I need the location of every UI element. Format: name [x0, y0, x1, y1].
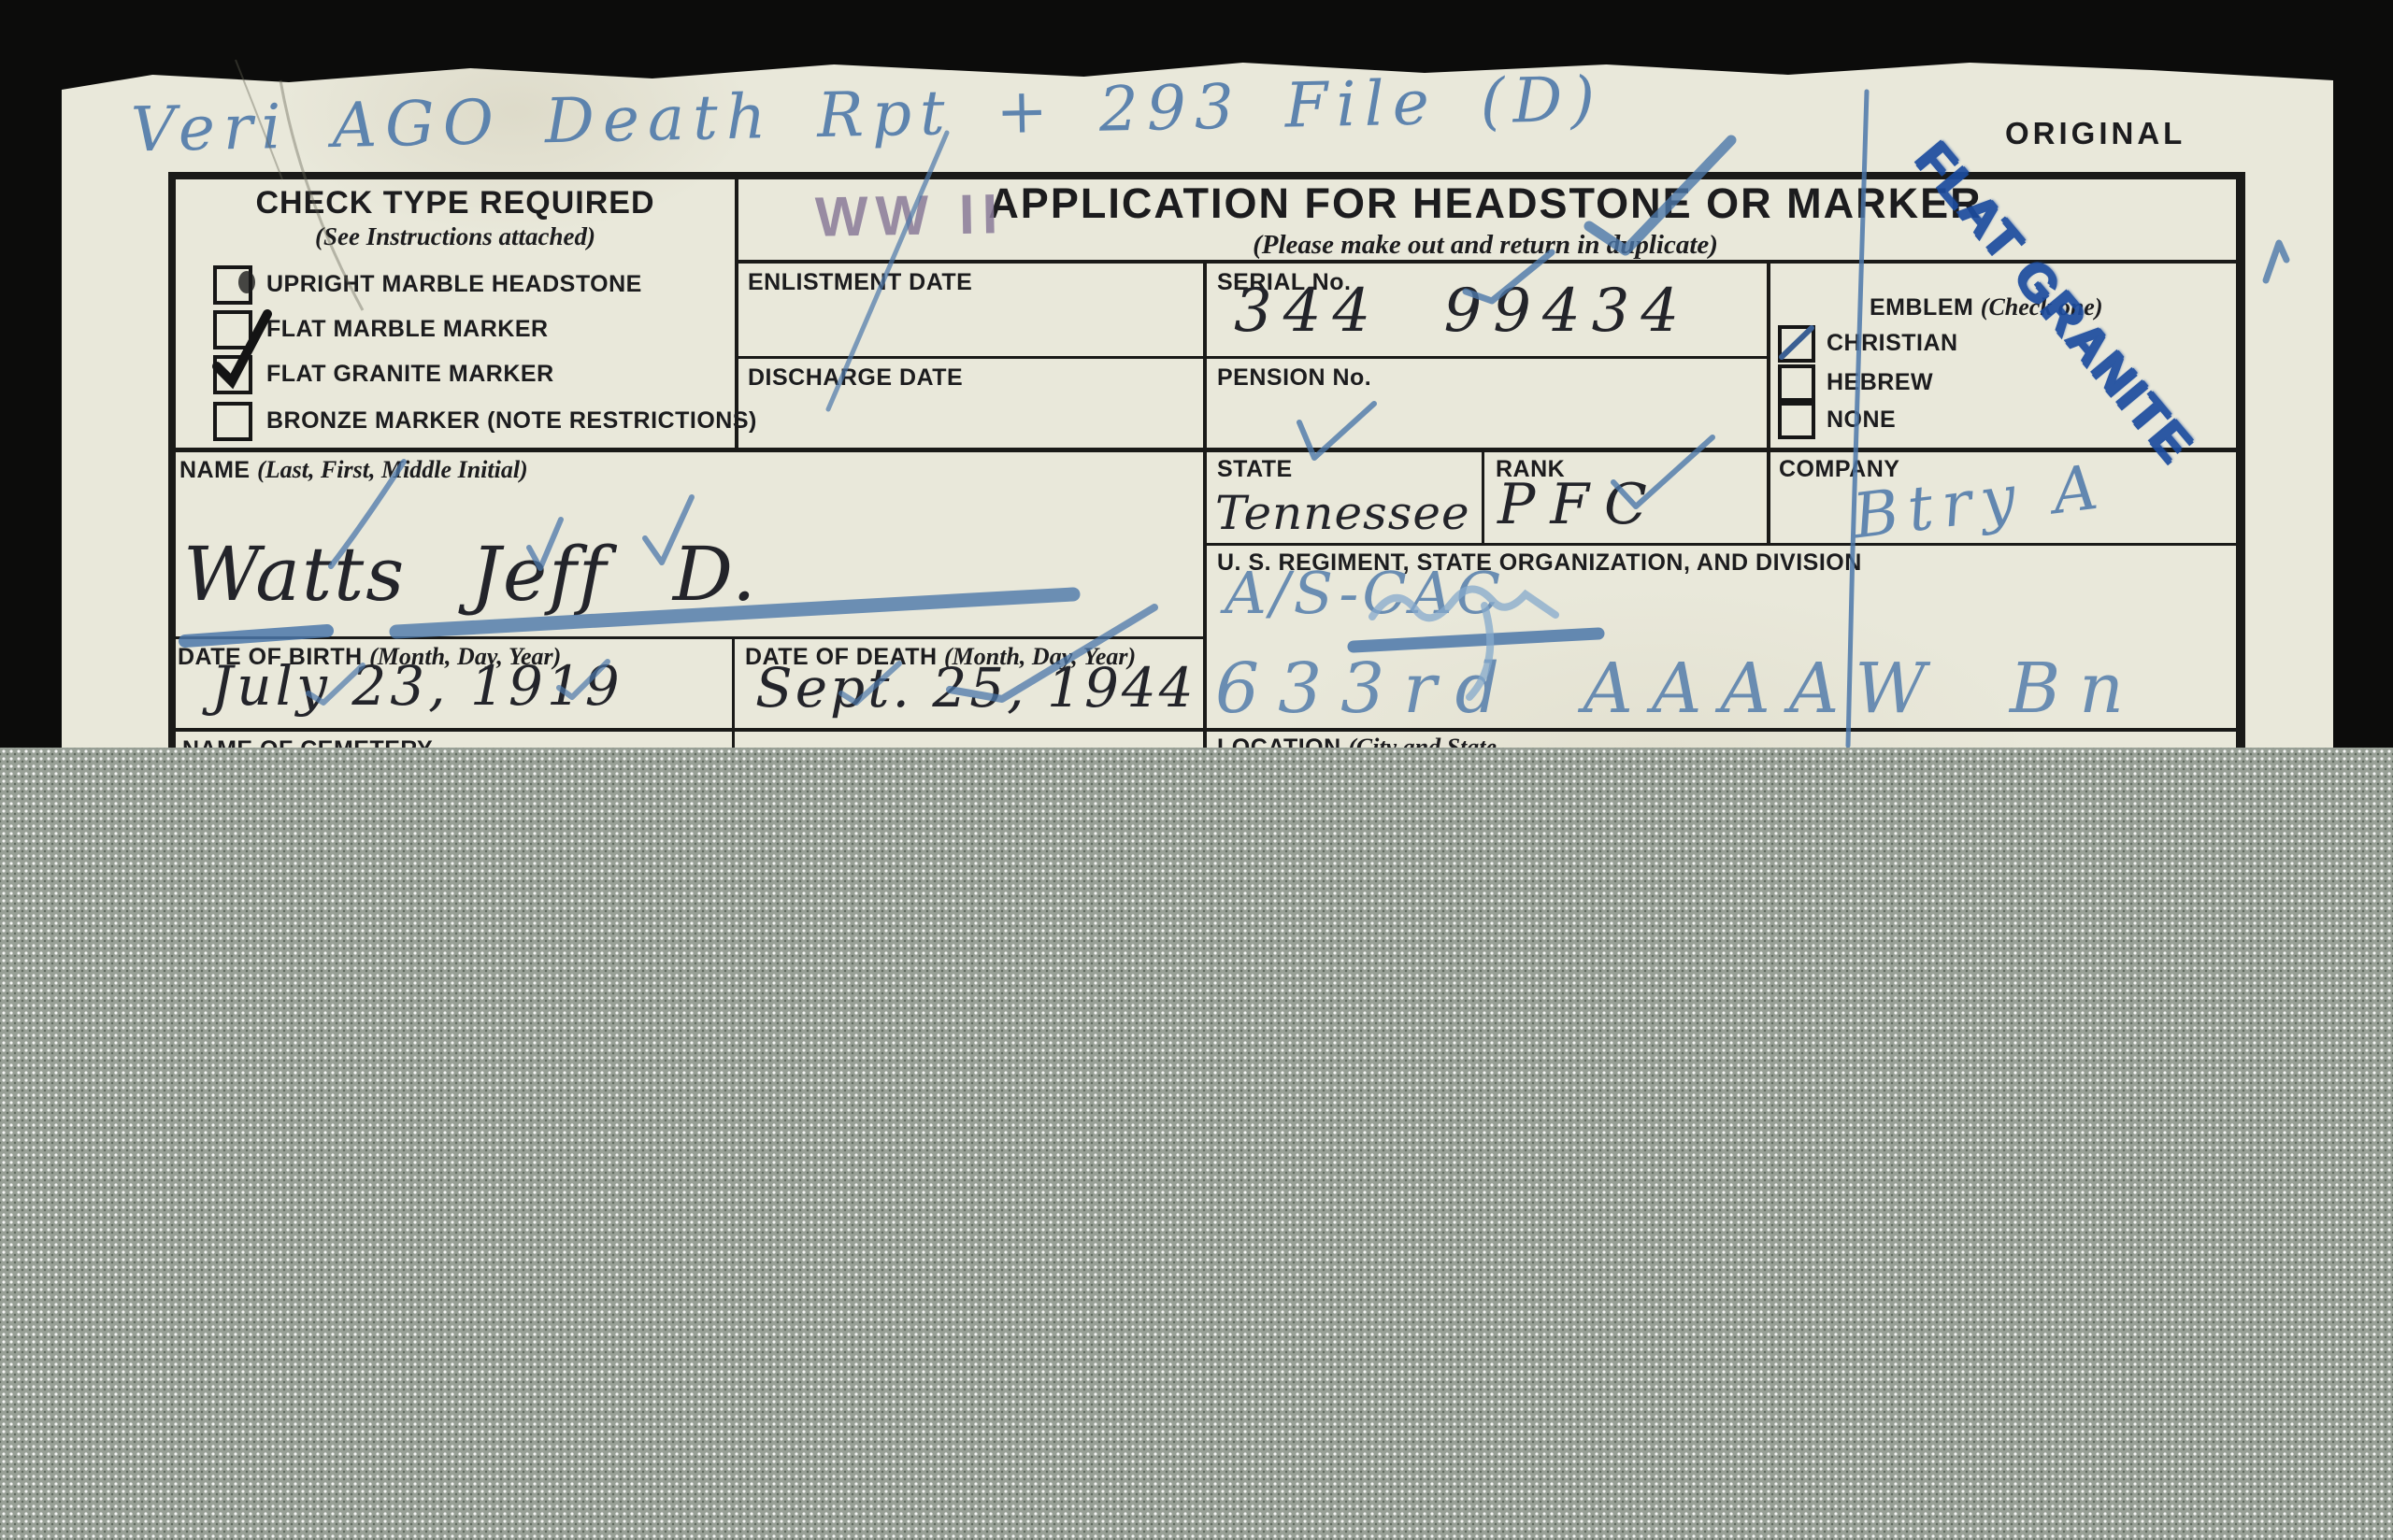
checkbox-flat-marble-label: FLAT MARBLE MARKER [266, 316, 549, 343]
name-label-note: (Last, First, Middle Initial) [257, 456, 528, 483]
checkbox-bronze-label: BRONZE MARKER (NOTE RESTRICTIONS) [266, 407, 757, 435]
christian-check-slash-icon [1776, 321, 1817, 363]
enlistment-date-label: ENLISTMENT DATE [748, 269, 972, 296]
state-value: Tennessee [1215, 486, 1470, 540]
divider-state-rank [1482, 449, 1484, 543]
checkbox-christian-label: CHRISTIAN [1827, 330, 1958, 357]
check-type-heading: CHECK TYPE REQUIRED [175, 185, 736, 221]
serial-no-value: 344 99434 [1234, 277, 1690, 346]
date-of-death-value: Sept. 25, 1944 [755, 656, 1196, 720]
check-type-subheading: (See Instructions attached) [175, 222, 736, 251]
form-border-left [168, 172, 176, 748]
divider-enlistment-discharge [735, 356, 1770, 359]
regiment-value-line1: A/S-CAC [1225, 559, 1504, 627]
state-label: STATE [1217, 456, 1293, 483]
original-label: ORIGINAL [2005, 116, 2185, 151]
form-border-right [2236, 172, 2245, 748]
name-label: NAME (Last, First, Middle Initial) [179, 456, 528, 484]
divider-main [168, 448, 2245, 452]
checkbox-flat-granite-label: FLAT GRANITE MARKER [266, 361, 554, 388]
checkbox-none [1778, 402, 1815, 439]
checkbox-none-label: NONE [1827, 406, 1896, 434]
pension-no-label: PENSION No. [1217, 364, 1371, 392]
divider-above-dob [168, 636, 1203, 639]
checkbox-upright-marble-label: UPRIGHT MARBLE HEADSTONE [266, 271, 642, 298]
flat-granite-checkmark-icon [209, 308, 294, 397]
regiment-value-line2: 633rd AAAAW Bn [1215, 649, 2142, 729]
scanned-document: Veri AGO Death Rpt + 293 File (D) ORIGIN… [0, 0, 2393, 1540]
date-of-birth-value: July 23, 1919 [211, 654, 623, 718]
unloaded-gray-region [0, 748, 2393, 1540]
discharge-date-label: DISCHARGE DATE [748, 364, 963, 392]
checkbox-bronze [213, 402, 252, 441]
rank-value: PFC [1497, 472, 1662, 537]
checkbox-hebrew [1778, 364, 1815, 402]
divider-serial-emblem [1767, 260, 1770, 543]
checkbox-hebrew-label: HEBREW [1827, 369, 1933, 396]
ww2-stamp: WW II [814, 181, 1005, 250]
name-value: Watts Jeff D. [183, 531, 758, 618]
checkbox-upright-marble [213, 265, 252, 305]
name-label-text: NAME [179, 457, 251, 483]
divider-under-state-rank [1203, 543, 2241, 546]
divider-mid-column [1203, 260, 1207, 748]
emblem-heading-text: EMBLEM [1870, 294, 1973, 321]
